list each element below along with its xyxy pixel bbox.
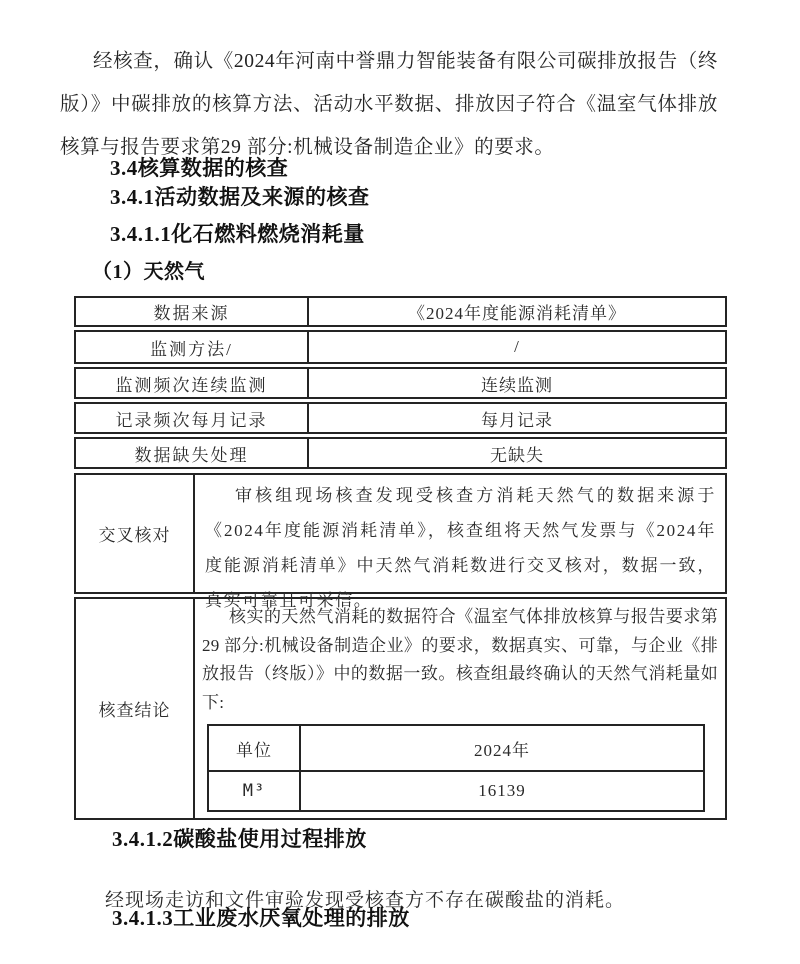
row-label: 数据来源 — [76, 298, 309, 325]
year-header-cell: 2024年 — [300, 725, 704, 771]
table-row: 单位 2024年 — [208, 725, 704, 771]
heading-3-4: 3.4核算数据的核查 — [110, 156, 288, 180]
row-label: 监测频次连续监测 — [76, 369, 309, 397]
row-value: 连续监测 — [309, 369, 725, 397]
row-label: 数据缺失处理 — [76, 439, 309, 467]
amount-cell: 16139 — [300, 771, 704, 811]
conclusion-row: 核查结论 核实的天然气消耗的数据符合《温室气体排放核算与报告要求第29 部分:机… — [74, 597, 727, 820]
conclusion-label: 核查结论 — [76, 599, 195, 818]
table-row: 记录频次每月记录 每月记录 — [74, 402, 727, 434]
conclusion-text: 核实的天然气消耗的数据符合《温室气体排放核算与报告要求第29 部分:机械设备制造… — [195, 599, 725, 717]
row-value: 每月记录 — [309, 404, 725, 432]
row-value: / — [309, 332, 725, 362]
cross-check-text: 审核组现场核查发现受核查方消耗天然气的数据来源于《2024年度能源消耗清单》，核… — [195, 475, 725, 592]
cross-check-row: 交叉核对 审核组现场核查发现受核查方消耗天然气的数据来源于《2024年度能源消耗… — [74, 473, 727, 594]
table-row: 监测方法/ / — [74, 330, 727, 364]
row-label: 监测方法/ — [76, 332, 309, 362]
heading-3-4-1-2: 3.4.1.2碳酸盐使用过程排放 — [112, 827, 367, 851]
row-value: 无缺失 — [309, 439, 725, 467]
natural-gas-data-table: 数据来源 《2024年度能源消耗清单》 监测方法/ / 监测频次连续监测 连续监… — [74, 296, 727, 820]
unit-cell: M³ — [208, 771, 300, 811]
document-page: 经核查，确认《2024年河南中誉鼎力智能装备有限公司碳排放报告（终版）》中碳排放… — [0, 0, 800, 964]
row-value: 《2024年度能源消耗清单》 — [309, 298, 725, 325]
unit-header-cell: 单位 — [208, 725, 300, 771]
table-row: 数据来源 《2024年度能源消耗清单》 — [74, 296, 727, 327]
table-row: M³ 16139 — [208, 771, 704, 811]
heading-3-4-1: 3.4.1活动数据及来源的核查 — [110, 185, 370, 209]
cross-check-label: 交叉核对 — [76, 475, 195, 592]
subheading-natural-gas: （1）天然气 — [92, 260, 205, 284]
table-row: 监测频次连续监测 连续监测 — [74, 367, 727, 399]
intro-paragraph: 经核查，确认《2024年河南中誉鼎力智能装备有限公司碳排放报告（终版）》中碳排放… — [60, 40, 718, 169]
table-row: 数据缺失处理 无缺失 — [74, 437, 727, 469]
conclusion-cell: 核实的天然气消耗的数据符合《温室气体排放核算与报告要求第29 部分:机械设备制造… — [195, 599, 725, 818]
row-label: 记录频次每月记录 — [76, 404, 309, 432]
heading-3-4-1-1: 3.4.1.1化石燃料燃烧消耗量 — [110, 222, 365, 246]
heading-3-4-1-3: 3.4.1.3工业废水厌氧处理的排放 — [112, 906, 410, 930]
gas-consumption-table: 单位 2024年 M³ 16139 — [207, 724, 705, 812]
